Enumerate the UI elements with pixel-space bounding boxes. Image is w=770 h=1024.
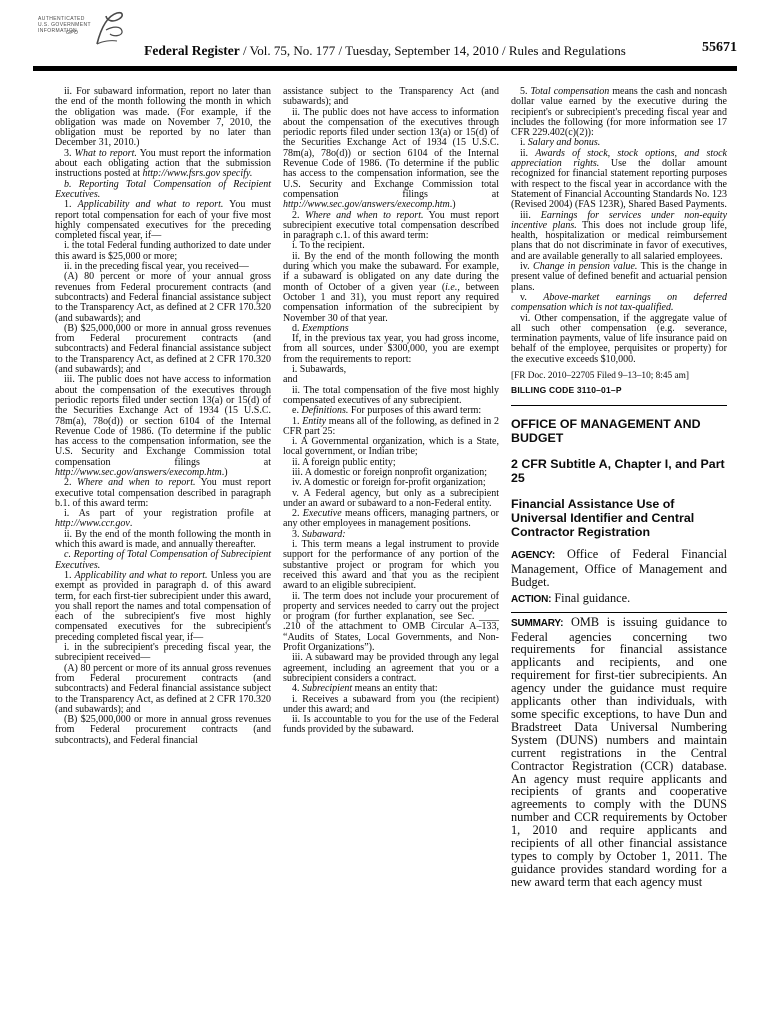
paragraph: 1. Applicability and what to report. Unl…	[55, 571, 271, 643]
field-label: SUMMARY:	[511, 618, 563, 629]
text-run: OFFICE OF MANAGEMENT AND BUDGET	[511, 417, 701, 445]
paragraph: (A) 80 percent or more of its annual gro…	[55, 664, 271, 715]
paragraph: If, in the previous tax year, you had gr…	[283, 334, 499, 365]
paragraph: c. Reporting of Total Compensation of Su…	[55, 550, 271, 571]
paragraph: i. Receives a subaward from you (the rec…	[283, 695, 499, 716]
document-title: Financial Assistance Use of Universal Id…	[511, 497, 727, 539]
text-run: iii. The public does not have access to …	[55, 374, 271, 467]
paragraph: (A) 80 percent or more of your annual gr…	[55, 272, 271, 323]
text-run: ii. Is accountable to you for the use of…	[283, 714, 499, 735]
paragraph: iii. Earnings for services under non-equ…	[511, 211, 727, 262]
text-run: Financial Assistance Use of Universal Id…	[511, 497, 694, 539]
column-2: assistance subject to the Transparency A…	[283, 87, 499, 736]
text-run: i. Receives a subaward from you (the rec…	[283, 694, 499, 715]
column-1: ii. For subaward information, report no …	[55, 87, 271, 746]
paragraph: 1. Entity means all of the following, as…	[283, 417, 499, 438]
fr-doc-line: [FR Doc. 2010–22705 Filed 9–13–10; 8:45 …	[511, 370, 727, 382]
text-run: i. This term means a legal instrument to…	[283, 539, 499, 591]
action-line: ACTION: Final guidance.	[511, 592, 727, 607]
text-run: ii. The public does not have access to i…	[283, 107, 499, 200]
paragraph: b. Reporting Total Compensation of Recip…	[55, 180, 271, 201]
paragraph: ii. By the end of the month following th…	[283, 252, 499, 324]
paragraph: (B) $25,000,000 or more in annual gross …	[55, 715, 271, 746]
paragraph: ii. By the end of the month following th…	[55, 530, 271, 551]
text-run: assistance subject to the Transparency A…	[283, 86, 499, 107]
text-run: (B) $25,000,000 or more in annual gross …	[55, 323, 271, 375]
text-run: 2 CFR Subtitle A, Chapter I, and Part 25	[511, 457, 725, 485]
federal-register-page: AUTHENTICATED U.S. GOVERNMENT INFORMATIO…	[0, 0, 770, 1024]
text-run: ii. By the end of the month following th…	[55, 529, 271, 550]
paragraph: ii. Awards of stock, stock options, and …	[511, 149, 727, 211]
paragraph: ii. The public does not have access to i…	[283, 108, 499, 211]
paragraph: 1. Applicability and what to report. You…	[55, 200, 271, 241]
emphasized-text: b. Reporting Total Compensation of Recip…	[55, 179, 271, 200]
text-run: (B) $25,000,000 or more in annual gross …	[55, 714, 271, 746]
paragraph: assistance subject to the Transparency A…	[283, 87, 499, 108]
agency-heading: OFFICE OF MANAGEMENT AND BUDGET	[511, 417, 727, 445]
paragraph: ii. The total compensation of the five m…	[283, 386, 499, 407]
paragraph: iii. A subaward may be provided through …	[283, 653, 499, 684]
paragraph: ii. For subaward information, report no …	[55, 87, 271, 149]
journal-title: Federal Register	[144, 43, 240, 58]
page-header: Federal Register / Vol. 75, No. 177 / Tu…	[33, 0, 737, 60]
paragraph: iii. The public does not have access to …	[55, 375, 271, 478]
paragraph: i. Subawards,	[283, 365, 499, 375]
paragraph: 2. Where and when to report. You must re…	[283, 211, 499, 242]
paragraph: iv. Change in pension value. This is the…	[511, 262, 727, 293]
field-label: ACTION:	[511, 594, 551, 605]
text-run: iii. A subaward may be provided through …	[283, 652, 499, 684]
text-run: v. A Federal agency, but only as a subre…	[283, 488, 499, 509]
emphasized-text: c. Reporting of Total Compensation of Su…	[55, 549, 271, 570]
paragraph: i. in the subrecipient's preceding fisca…	[55, 643, 271, 664]
text-run: Unless you are exempt as provided in par…	[55, 570, 271, 643]
text-run: i. A Governmental organization, which is…	[283, 436, 499, 457]
paragraph: ii. Is accountable to you for the use of…	[283, 715, 499, 736]
page-number: 55671	[702, 40, 737, 56]
text-run: i. in the subrecipient's preceding fisca…	[55, 642, 271, 663]
content-columns: ii. For subaward information, report no …	[55, 87, 727, 889]
text-run: (A) 80 percent or more of your annual gr…	[55, 271, 271, 323]
paragraph: 2. Where and when to report. You must re…	[55, 478, 271, 509]
cfr-citation-heading: 2 CFR Subtitle A, Chapter I, and Part 25	[511, 457, 727, 485]
text-run: OMB is issuing guidance to Federal agenc…	[511, 615, 727, 889]
text-run: i. Subawards,	[292, 364, 346, 375]
paragraph: i. the total Federal funding authorized …	[55, 241, 271, 262]
paragraph: 3. What to report. You must report the i…	[55, 149, 271, 180]
text-run: BILLING CODE 3110–01–P	[511, 385, 622, 395]
summary-paragraph: SUMMARY: OMB is issuing guidance to Fede…	[511, 616, 727, 889]
paragraph: ii. The term does not include your procu…	[283, 592, 499, 654]
paragraph: (B) $25,000,000 or more in annual gross …	[55, 324, 271, 375]
text-run: Final guidance.	[551, 591, 630, 605]
text-run: [FR Doc. 2010–22705 Filed 9–13–10; 8:45 …	[511, 371, 689, 381]
paragraph: vi. Other compensation, if the aggregate…	[511, 314, 727, 365]
field-label: AGENCY:	[511, 550, 555, 561]
paragraph: v. A Federal agency, but only as a subre…	[283, 489, 499, 510]
paragraph: v. Above-market earnings on deferred com…	[511, 293, 727, 314]
text-run: vi. Other compensation, if the aggregate…	[511, 313, 727, 365]
paragraph: i. A Governmental organization, which is…	[283, 437, 499, 458]
agency-line: AGENCY: Office of Federal Financial Mana…	[511, 548, 727, 589]
text-run: ii. For subaward information, report no …	[55, 86, 271, 148]
text-run: ii. The term does not include your procu…	[283, 591, 499, 653]
header-rule	[33, 66, 737, 71]
billing-code: BILLING CODE 3110–01–P	[511, 385, 727, 396]
paragraph: i. This term means a legal instrument to…	[283, 540, 499, 591]
paragraph: i. As part of your registration profile …	[55, 509, 271, 530]
emphasized-text: Above-market earnings on deferred compen…	[511, 292, 727, 313]
text-run: ii. The total compensation of the five m…	[283, 385, 499, 406]
text-run: i. the total Federal funding authorized …	[55, 240, 271, 261]
text-run: If, in the previous tax year, you had gr…	[283, 333, 499, 365]
preamble-divider	[511, 612, 727, 613]
text-run: (A) 80 percent or more of its annual gro…	[55, 663, 271, 715]
column-3: 5. Total compensation means the cash and…	[511, 87, 727, 889]
section-divider	[511, 405, 727, 406]
paragraph: 5. Total compensation means the cash and…	[511, 87, 727, 138]
paragraph: 2. Executive means officers, managing pa…	[283, 509, 499, 530]
issue-info: / Vol. 75, No. 177 / Tuesday, September …	[240, 43, 626, 58]
